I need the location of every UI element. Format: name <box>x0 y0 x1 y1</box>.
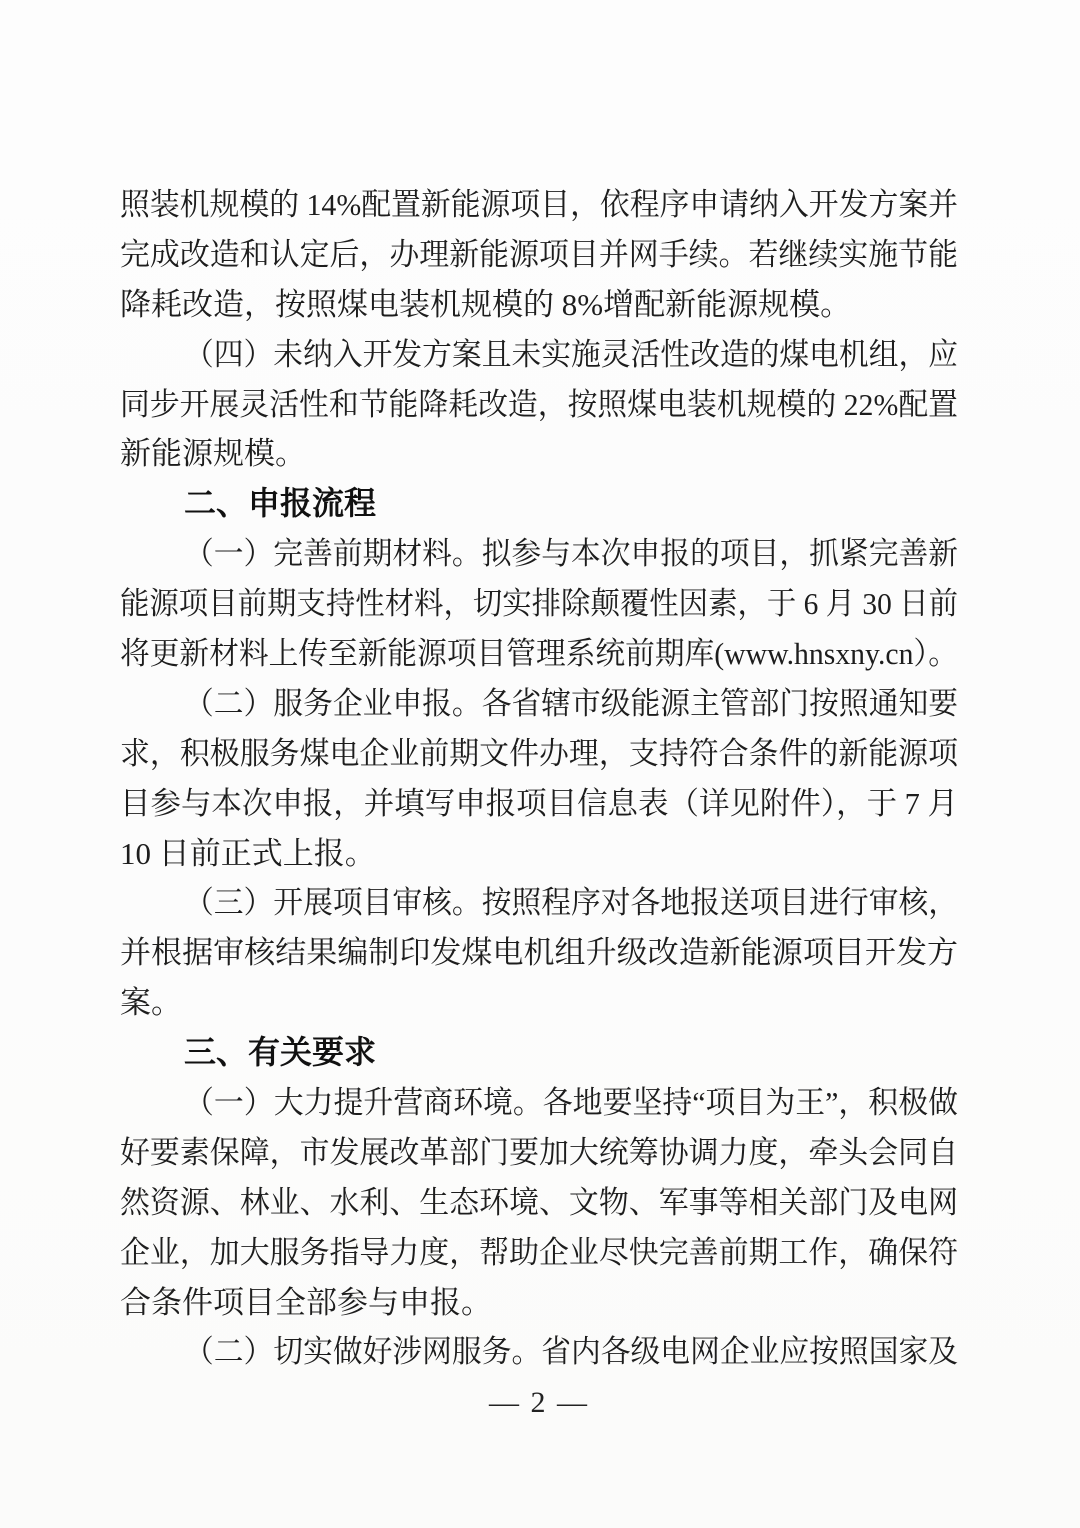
body-line: （二）切实做好涉网服务。省内各级电网企业应按照国家及 <box>120 1327 958 1377</box>
body-line: 合条件项目全部参与申报。 <box>120 1278 958 1328</box>
section-heading: 三、有关要求 <box>120 1028 958 1078</box>
body-line: 然资源、林业、水利、生态环境、文物、军事等相关部门及电网 <box>120 1178 958 1228</box>
body-line: 并根据审核结果编制印发煤电机组升级改造新能源项目开发方 <box>120 928 958 978</box>
body-line: 求，积极服务煤电企业前期文件办理，支持符合条件的新能源项 <box>120 729 958 779</box>
body-line: 降耗改造，按照煤电装机规模的 8%增配新能源规模。 <box>120 280 958 330</box>
section-heading: 二、申报流程 <box>120 479 958 529</box>
document-body: 照装机规模的 14%配置新能源项目，依程序申请纳入开发方案并完成改造和认定后，办… <box>120 180 958 1377</box>
body-line: 好要素保障，市发展改革部门要加大统筹协调力度，牵头会同自 <box>120 1128 958 1178</box>
body-line: 目参与本次申报，并填写申报项目信息表（详见附件），于 7 月 <box>120 779 958 829</box>
body-line: （一）大力提升营商环境。各地要坚持“项目为王”，积极做 <box>120 1078 958 1128</box>
body-line: 案。 <box>120 978 958 1028</box>
body-line: 照装机规模的 14%配置新能源项目，依程序申请纳入开发方案并 <box>120 180 958 230</box>
body-line: 将更新材料上传至新能源项目管理系统前期库(www.hnsxny.cn）。 <box>120 629 958 679</box>
body-line: 10 日前正式上报。 <box>120 829 958 879</box>
body-line: 完成改造和认定后，办理新能源项目并网手续。若继续实施节能 <box>120 230 958 280</box>
body-line: （二）服务企业申报。各省辖市级能源主管部门按照通知要 <box>120 679 958 729</box>
scanned-document-page: 照装机规模的 14%配置新能源项目，依程序申请纳入开发方案并完成改造和认定后，办… <box>0 0 1080 1528</box>
body-line: 新能源规模。 <box>120 429 958 479</box>
body-line: 能源项目前期支持性材料，切实排除颠覆性因素，于 6 月 30 日前 <box>120 579 958 629</box>
page-number: — 2 — <box>120 1386 958 1420</box>
body-line: （三）开展项目审核。按照程序对各地报送项目进行审核， <box>120 878 958 928</box>
body-line: （四）未纳入开发方案且未实施灵活性改造的煤电机组，应 <box>120 330 958 380</box>
body-line: 同步开展灵活性和节能降耗改造，按照煤电装机规模的 22%配置 <box>120 380 958 430</box>
body-line: （一）完善前期材料。拟参与本次申报的项目，抓紧完善新 <box>120 529 958 579</box>
body-line: 企业，加大服务指导力度，帮助企业尽快完善前期工作，确保符 <box>120 1228 958 1278</box>
